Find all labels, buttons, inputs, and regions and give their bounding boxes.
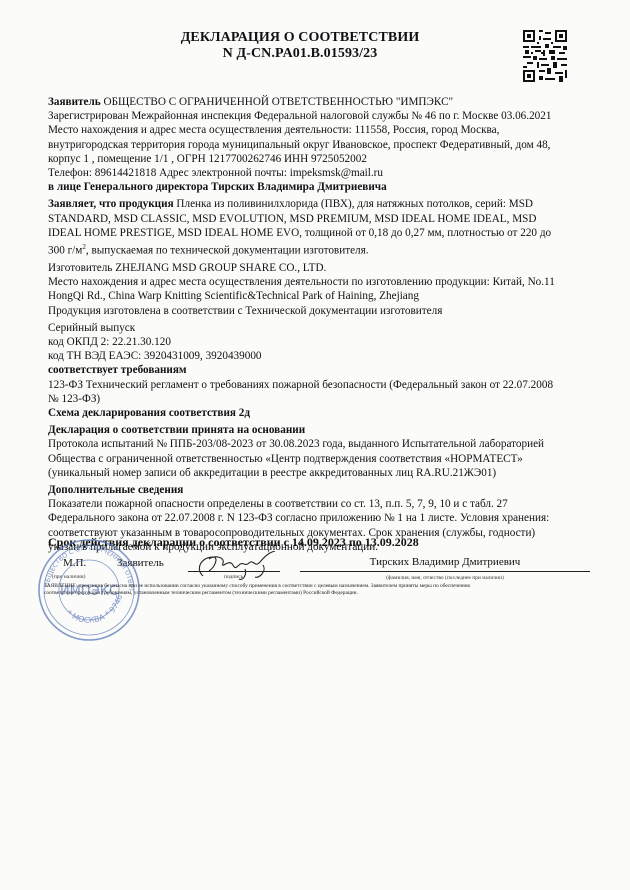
handwritten-signature-icon	[185, 551, 285, 581]
applicant-registration: Зарегистрирован Межрайонная инспекция Фе…	[48, 109, 598, 123]
additional-info-line-2: Федерального закона от 22.07.2008 г. N 1…	[48, 511, 598, 525]
additional-info-line-1: Показатели пожарной опасности определены…	[48, 497, 598, 511]
applicant-representative: в лице Генерального директора Тирских Вл…	[48, 180, 598, 194]
qr-code-icon	[523, 30, 567, 82]
basis-label: Декларация о соответствии принята на осн…	[48, 423, 598, 437]
product-line-1: Заявляет, что продукция Пленка из поливи…	[48, 197, 598, 211]
name-line	[300, 571, 590, 572]
okpd-code: код ОКПД 2: 22.21.30.120	[48, 335, 598, 349]
signer-name: Тирских Владимир Дмитриевич	[300, 556, 590, 568]
declaration-scheme: Схема декларирования соответствия 2д	[48, 406, 598, 420]
document-title: ДЕКЛАРАЦИЯ О СООТВЕТСТВИИ	[140, 30, 460, 46]
applicant-address-1: Место нахождения и адрес места осуществл…	[48, 123, 598, 137]
additional-info-label: Дополнительные сведения	[48, 483, 598, 497]
name-note: (фамилия, имя, отчество (последнее при н…	[300, 575, 590, 581]
applicant-contacts: Телефон: 89614421818 Адрес электронной п…	[48, 166, 598, 180]
product-line-3: IDEAL HOME PRESTIGE, MSD IDEAL HOME EVO,…	[48, 226, 598, 240]
requirements-line-1: 123-ФЗ Технический регламент о требовани…	[48, 378, 598, 392]
product-line-2: STANDARD, MSD CLASSIC, MSD EVOLUTION, MS…	[48, 212, 598, 226]
manufacturer-name: Изготовитель ZHEJIANG MSD GROUP SHARE CO…	[48, 261, 598, 275]
product-line-4: 300 г/м2, выпускаемая по технической док…	[48, 240, 598, 258]
requirements-line-2: № 123-ФЗ)	[48, 392, 598, 406]
document-number: N Д-CN.PA01.B.01593/23	[140, 46, 460, 62]
basis-line-3: (уникальный номер записи об аккредитации…	[48, 466, 598, 480]
safety-statement: ЗАЯВЛЕНИЕ: продукция безопасна при ее ис…	[44, 583, 604, 597]
manufacturer-address-1: Место нахождения и адрес места осуществл…	[48, 275, 598, 289]
manufacturer-docs: Продукция изготовлена в соответствии с Т…	[48, 304, 598, 318]
requirements-label: соответствует требованиям	[48, 363, 598, 377]
release-type: Серийный выпуск	[48, 321, 598, 335]
declaration-body: Заявитель ОБЩЕСТВО С ОГРАНИЧЕННОЙ ОТВЕТС…	[48, 95, 598, 554]
basis-line-1: Протокола испытаний № ППБ-203/08-2023 от…	[48, 437, 598, 451]
applicant-line: Заявитель ОБЩЕСТВО С ОГРАНИЧЕННОЙ ОТВЕТС…	[48, 95, 598, 109]
tnved-code: код ТН ВЭД ЕАЭС: 3920431009, 3920439000	[48, 349, 598, 363]
applicant-address-2: внутригородская территория города муници…	[48, 138, 598, 152]
declaration-page: ДЕКЛАРАЦИЯ О СООТВЕТСТВИИ N Д-CN.PA01.B.…	[0, 0, 630, 890]
applicant-address-3: корпус 1 , помещение 1/1 , ОГРН 12177002…	[48, 152, 598, 166]
basis-line-2: Общества с ограниченной ответственностью…	[48, 452, 598, 466]
manufacturer-address-2: HongQi Rd., China Warp Knitting Scientif…	[48, 289, 598, 303]
